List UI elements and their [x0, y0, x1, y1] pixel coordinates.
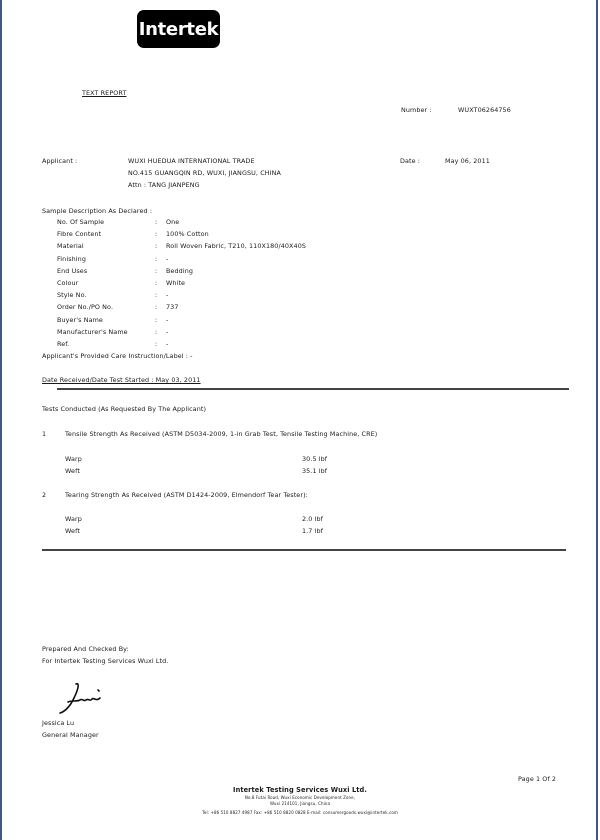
sample-field-value: White: [166, 279, 185, 287]
applicant-line2: NO.415 GUANGQIN RD, WUXI, JIANGSU, CHINA: [128, 169, 281, 177]
prepared-by: Prepared And Checked By:: [42, 645, 129, 653]
window-border-right: [596, 0, 598, 840]
signer-position: General Manager: [42, 731, 99, 739]
sample-field-label: Style No.: [57, 291, 87, 299]
test-2-weft-value: 1.7 lbf: [302, 527, 323, 535]
sample-field-separator: :: [155, 303, 157, 311]
report-number-label: Number :: [401, 106, 432, 114]
sample-field-label: Order No./PO No.: [57, 303, 113, 311]
applicant-attn: Attn : TANG JIANPENG: [128, 181, 200, 189]
sample-field-label: Manufacturer's Name: [57, 328, 128, 336]
footer-company: Intertek Testing Services Wuxi Ltd.: [150, 786, 450, 794]
sample-field-value: One: [166, 218, 179, 226]
sample-field-label: Colour: [57, 279, 78, 287]
sample-field-separator: :: [155, 267, 157, 275]
sample-field-label: Buyer's Name: [57, 316, 103, 324]
sample-field-separator: :: [155, 328, 157, 336]
test-2-weft-label: Weft: [65, 527, 80, 535]
window-border-left: [0, 0, 2, 840]
test-1-title: Tensile Strength As Received (ASTM D5034…: [65, 430, 377, 438]
divider-top: [57, 388, 569, 390]
test-1-warp-value: 30.5 lbf: [302, 455, 327, 463]
sample-field-label: End Uses: [57, 267, 87, 275]
sample-field-separator: :: [155, 340, 157, 348]
test-2-warp-value: 2.0 lbf: [302, 515, 323, 523]
sample-field-label: No. Of Sample: [57, 218, 104, 226]
sample-field-separator: :: [155, 242, 157, 250]
sample-field-label: Finishing: [57, 255, 86, 263]
sample-field-value: Roll Woven Fabric, T210, 110X180/40X40S: [166, 242, 306, 250]
applicant-label: Applicant :: [42, 157, 77, 165]
report-number-value: WUXT06264756: [458, 106, 511, 114]
sample-field-value: 737: [166, 303, 179, 311]
test-2-warp-label: Warp: [65, 515, 82, 523]
sample-field-separator: :: [155, 230, 157, 238]
sample-field-value: -: [166, 340, 168, 348]
test-1-weft-value: 35.1 lbf: [302, 467, 327, 475]
tests-heading: Tests Conducted (As Requested By The App…: [42, 405, 206, 413]
test-2-title: Tearing Strength As Received (ASTM D1424…: [65, 491, 308, 499]
date-label: Date :: [400, 157, 420, 165]
signer-name: Jessica Lu: [42, 719, 74, 727]
sample-field-separator: :: [155, 279, 157, 287]
test-1-weft-label: Weft: [65, 467, 80, 475]
test-2-number: 2: [42, 491, 46, 499]
test-1-warp-label: Warp: [65, 455, 82, 463]
sample-field-label: Fibre Content: [57, 230, 101, 238]
signature-icon: [54, 680, 114, 716]
sample-field-separator: :: [155, 291, 157, 299]
sample-field-value: Bedding: [166, 267, 193, 275]
sample-field-value: -: [166, 316, 168, 324]
sample-field-value: -: [166, 328, 168, 336]
footer-address1: No.8 Futai Road, Wuxi Economic Developme…: [150, 795, 450, 800]
date-value: May 06, 2011: [445, 157, 490, 165]
footer-address2: Wuxi 214101, Jiangsu, China: [150, 801, 450, 806]
sample-field-separator: :: [155, 218, 157, 226]
date-received: Date Received/Date Test Started : May 03…: [42, 376, 201, 384]
sample-field-label: Ref.: [57, 340, 69, 348]
sample-heading: Sample Description As Declared :: [42, 207, 152, 215]
footer-contact: Tel: +86 510 8827 4987 Fax: +86 510 8820…: [150, 810, 450, 815]
divider-bottom: [42, 549, 566, 551]
prepared-company: For Intertek Testing Services Wuxi Ltd.: [42, 657, 168, 665]
sample-field-separator: :: [155, 316, 157, 324]
sample-field-value: 100% Cotton: [166, 230, 209, 238]
sample-field-label: Material: [57, 242, 84, 250]
sample-field-separator: :: [155, 255, 157, 263]
applicant-line1: WUXI HUEDUA INTERNATIONAL TRADE: [128, 157, 255, 165]
page-number: Page 1 Of 2: [518, 775, 556, 783]
sample-field-value: -: [166, 255, 168, 263]
report-title: TEXT REPORT: [82, 89, 126, 97]
sample-field-value: -: [166, 291, 168, 299]
care-label: Applicant's Provided Care Instruction/La…: [42, 352, 193, 360]
test-1-number: 1: [42, 430, 46, 438]
intertek-logo: Intertek: [137, 10, 220, 48]
